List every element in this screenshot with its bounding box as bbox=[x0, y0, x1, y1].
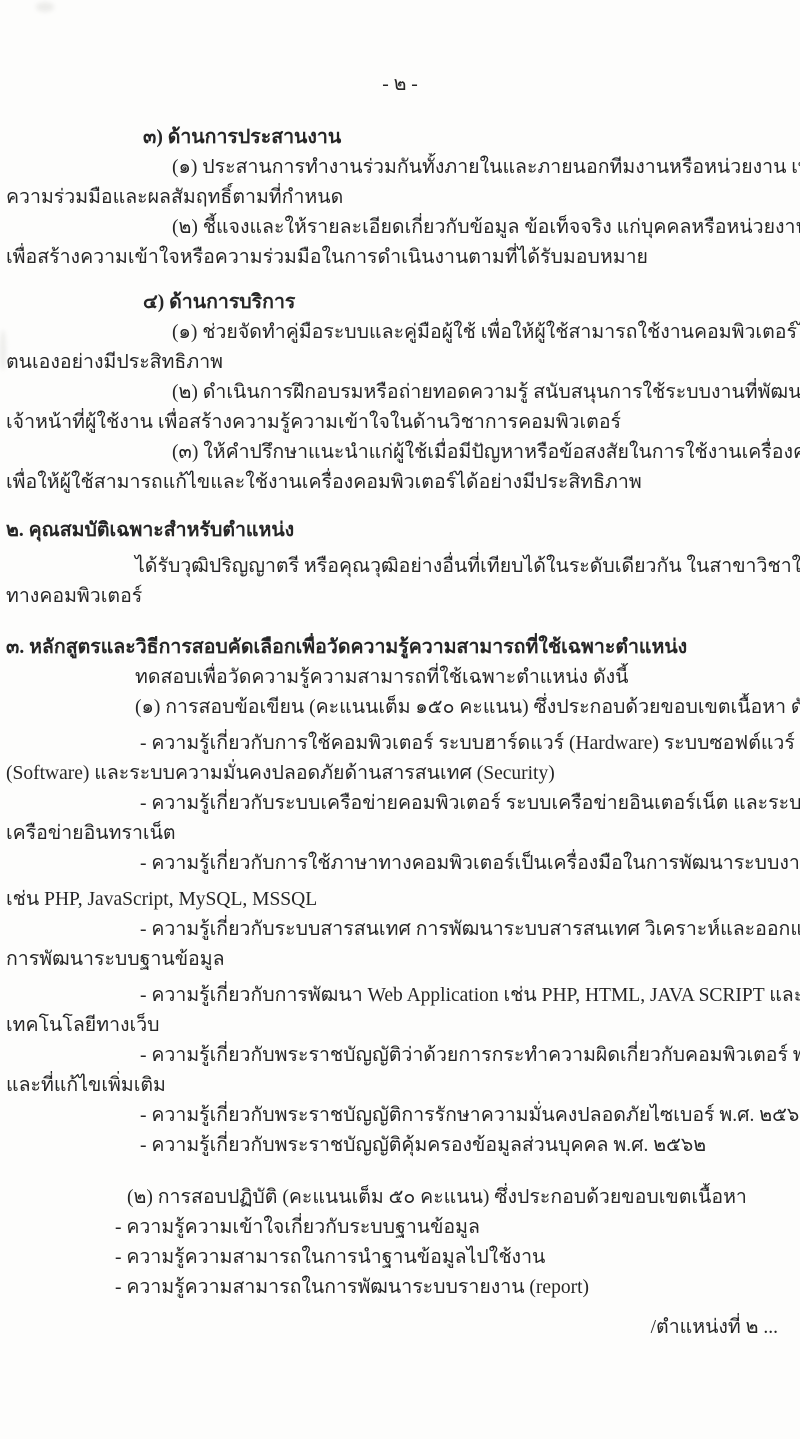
list-item: - ความรู้เกี่ยวกับการใช้ภาษาทางคอมพิวเตอ… bbox=[0, 849, 800, 879]
heading-curriculum: ๓. หลักสูตรและวิธีการสอบคัดเลือกเพื่อวัด… bbox=[0, 633, 800, 663]
list-item: - ความรู้เกี่ยวกับพระราชบัญญัติคุ้มครองข… bbox=[0, 1131, 800, 1161]
heading-coordination: ๓) ด้านการประสานงาน bbox=[0, 123, 800, 153]
practical-exam-title: (๒) การสอบปฏิบัติ (คะแนนเต็ม ๕๐ คะแนน) ซ… bbox=[0, 1183, 800, 1213]
body-line: เพื่อสร้างความเข้าใจหรือความร่วมมือในการ… bbox=[0, 243, 800, 273]
body-line: (๒) ชี้แจงและให้รายละเอียดเกี่ยวกับข้อมู… bbox=[0, 213, 800, 243]
body-line: ความร่วมมือและผลสัมฤทธิ์ตามที่กำหนด bbox=[0, 183, 800, 213]
body-line: ทางคอมพิวเตอร์ bbox=[0, 582, 800, 612]
body-line: (๑) ประสานการทำงานร่วมกันทั้งภายในและภาย… bbox=[0, 153, 800, 183]
list-item: - ความรู้ความเข้าใจเกี่ยวกับระบบฐานข้อมู… bbox=[0, 1213, 800, 1243]
body-line: เจ้าหน้าที่ผู้ใช้งาน เพื่อสร้างความรู้คว… bbox=[0, 408, 800, 438]
document-page: - ๒ - ๓) ด้านการประสานงาน (๑) ประสานการท… bbox=[0, 0, 800, 1439]
body-line: (๓) ให้คำปรึกษาแนะนำแก่ผู้ใช้เมื่อมีปัญห… bbox=[0, 438, 800, 468]
list-item: และที่แก้ไขเพิ่มเติม bbox=[0, 1071, 800, 1101]
list-item: - ความรู้เกี่ยวกับระบบสารสนเทศ การพัฒนาร… bbox=[0, 915, 800, 945]
list-item: - ความรู้เกี่ยวกับการใช้คอมพิวเตอร์ ระบบ… bbox=[0, 729, 800, 759]
page-number: - ๒ - bbox=[0, 70, 800, 100]
curriculum-intro: ทดสอบเพื่อวัดความรู้ความสามารถที่ใช้เฉพา… bbox=[0, 663, 800, 693]
written-exam-title: (๑) การสอบข้อเขียน (คะแนนเต็ม ๑๕๐ คะแนน)… bbox=[0, 693, 800, 723]
list-item: - ความรู้ความสามารถในการพัฒนาระบบรายงาน … bbox=[0, 1273, 800, 1303]
list-item: - ความรู้เกี่ยวกับพระราชบัญญัติการรักษาค… bbox=[0, 1101, 800, 1131]
body-line: (๑) ช่วยจัดทำคู่มือระบบและคู่มือผู้ใช้ เ… bbox=[0, 318, 800, 348]
list-item: (Software) และระบบความมั่นคงปลอดภัยด้านส… bbox=[0, 759, 800, 789]
body-line: ได้รับวุฒิปริญญาตรี หรือคุณวุฒิอย่างอื่น… bbox=[0, 552, 800, 582]
page-footer-note: /ตำแหน่งที่ ๒ ... bbox=[0, 1313, 800, 1343]
list-item: เทคโนโลยีทางเว็บ bbox=[0, 1011, 800, 1041]
heading-service: ๔) ด้านการบริการ bbox=[0, 288, 800, 318]
heading-qualification: ๒. คุณสมบัติเฉพาะสำหรับตำแหน่ง bbox=[0, 516, 800, 546]
body-line: (๒) ดำเนินการฝึกอบรมหรือถ่ายทอดความรู้ ส… bbox=[0, 378, 800, 408]
list-item: - ความรู้ความสามารถในการนำฐานข้อมูลไปใช้… bbox=[0, 1243, 800, 1273]
list-item: การพัฒนาระบบฐานข้อมูล bbox=[0, 945, 800, 975]
body-line: ตนเองอย่างมีประสิทธิภาพ bbox=[0, 348, 800, 378]
list-item: เครือข่ายอินทราเน็ต bbox=[0, 819, 800, 849]
body-line: เพื่อให้ผู้ใช้สามารถแก้ไขและใช้งานเครื่อ… bbox=[0, 468, 800, 498]
scan-artifact bbox=[36, 2, 54, 12]
list-item: - ความรู้เกี่ยวกับการพัฒนา Web Applicati… bbox=[0, 981, 800, 1011]
list-item: - ความรู้เกี่ยวกับระบบเครือข่ายคอมพิวเตอ… bbox=[0, 789, 800, 819]
scan-artifact bbox=[0, 330, 6, 370]
list-item: - ความรู้เกี่ยวกับพระราชบัญญัติว่าด้วยกา… bbox=[0, 1041, 800, 1071]
list-item: เช่น PHP, JavaScript, MySQL, MSSQL bbox=[0, 885, 800, 915]
